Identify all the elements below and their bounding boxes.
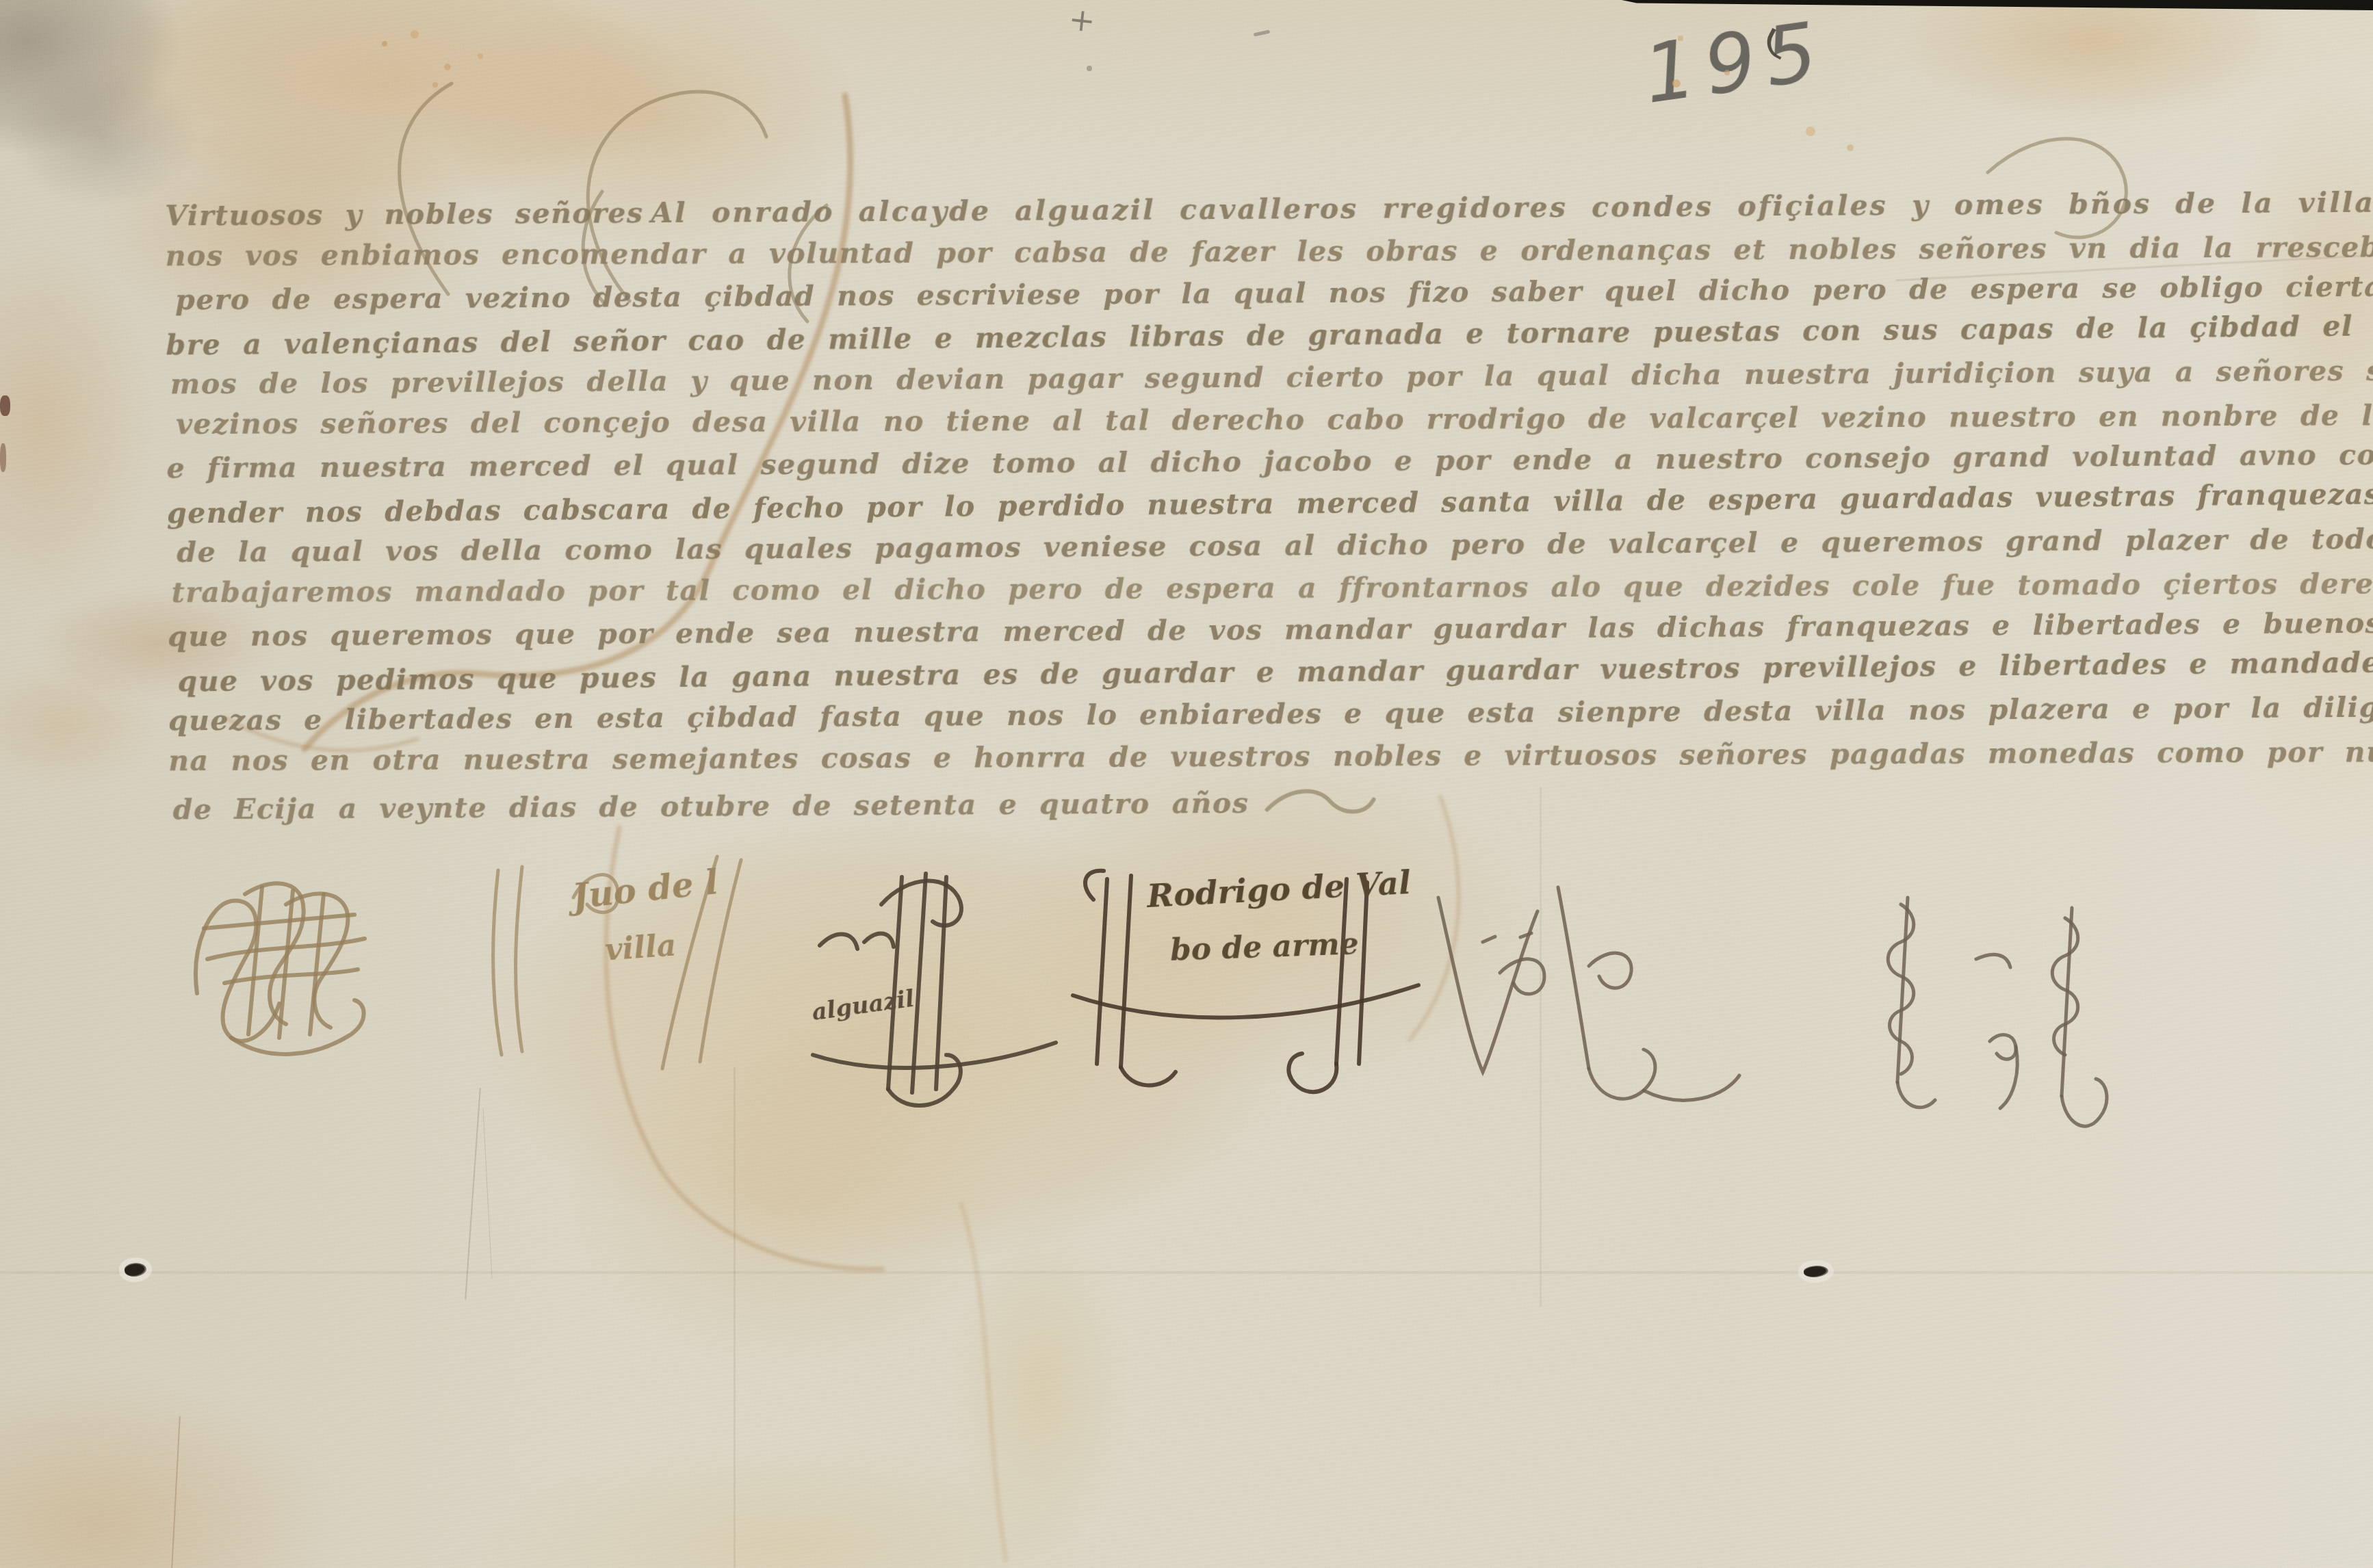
- foxing-specks: [382, 41, 387, 47]
- salutation: Virtuosos y nobles señores: [165, 196, 643, 232]
- manuscript-photo: 195 + Virtuosos y nobles señores Al onra…: [0, 0, 2373, 1568]
- horizontal-fold-crease: [0, 1271, 2373, 1274]
- signature-name: bo de arme: [1169, 926, 1359, 968]
- rubric-flourish: [1860, 877, 2147, 1158]
- rubric-flourish: [183, 863, 423, 1075]
- signature-name: villa: [604, 928, 677, 967]
- signature-rubric-alguazil: alguazil: [799, 863, 1066, 1126]
- dateline: de Ecija a veynte dias de otubre de sete…: [173, 787, 1249, 826]
- vertical-fold-crease: [734, 1067, 736, 1568]
- signature-rubric-columns: [1860, 877, 2147, 1160]
- rubric-flourish: [1418, 870, 1760, 1123]
- collation-cross-mark: +: [1067, 0, 1097, 40]
- signature-juo-de-villa: Juo de l villa: [471, 850, 772, 1085]
- rubric-flourish: [799, 863, 1066, 1123]
- left-edge-ink-mark: [0, 395, 10, 416]
- signature-rubric-v: [1418, 870, 1760, 1126]
- dateline-flourish: [1261, 781, 1377, 823]
- signature-rubric-left: [183, 863, 423, 1078]
- manuscript-text-block: Virtuosos y nobles señores Al onrado alc…: [165, 187, 2277, 831]
- left-edge-ink-mark: [0, 443, 6, 472]
- signature-rodrigo-de-val: Rodrigo de Val bo de arme: [1066, 859, 1422, 1101]
